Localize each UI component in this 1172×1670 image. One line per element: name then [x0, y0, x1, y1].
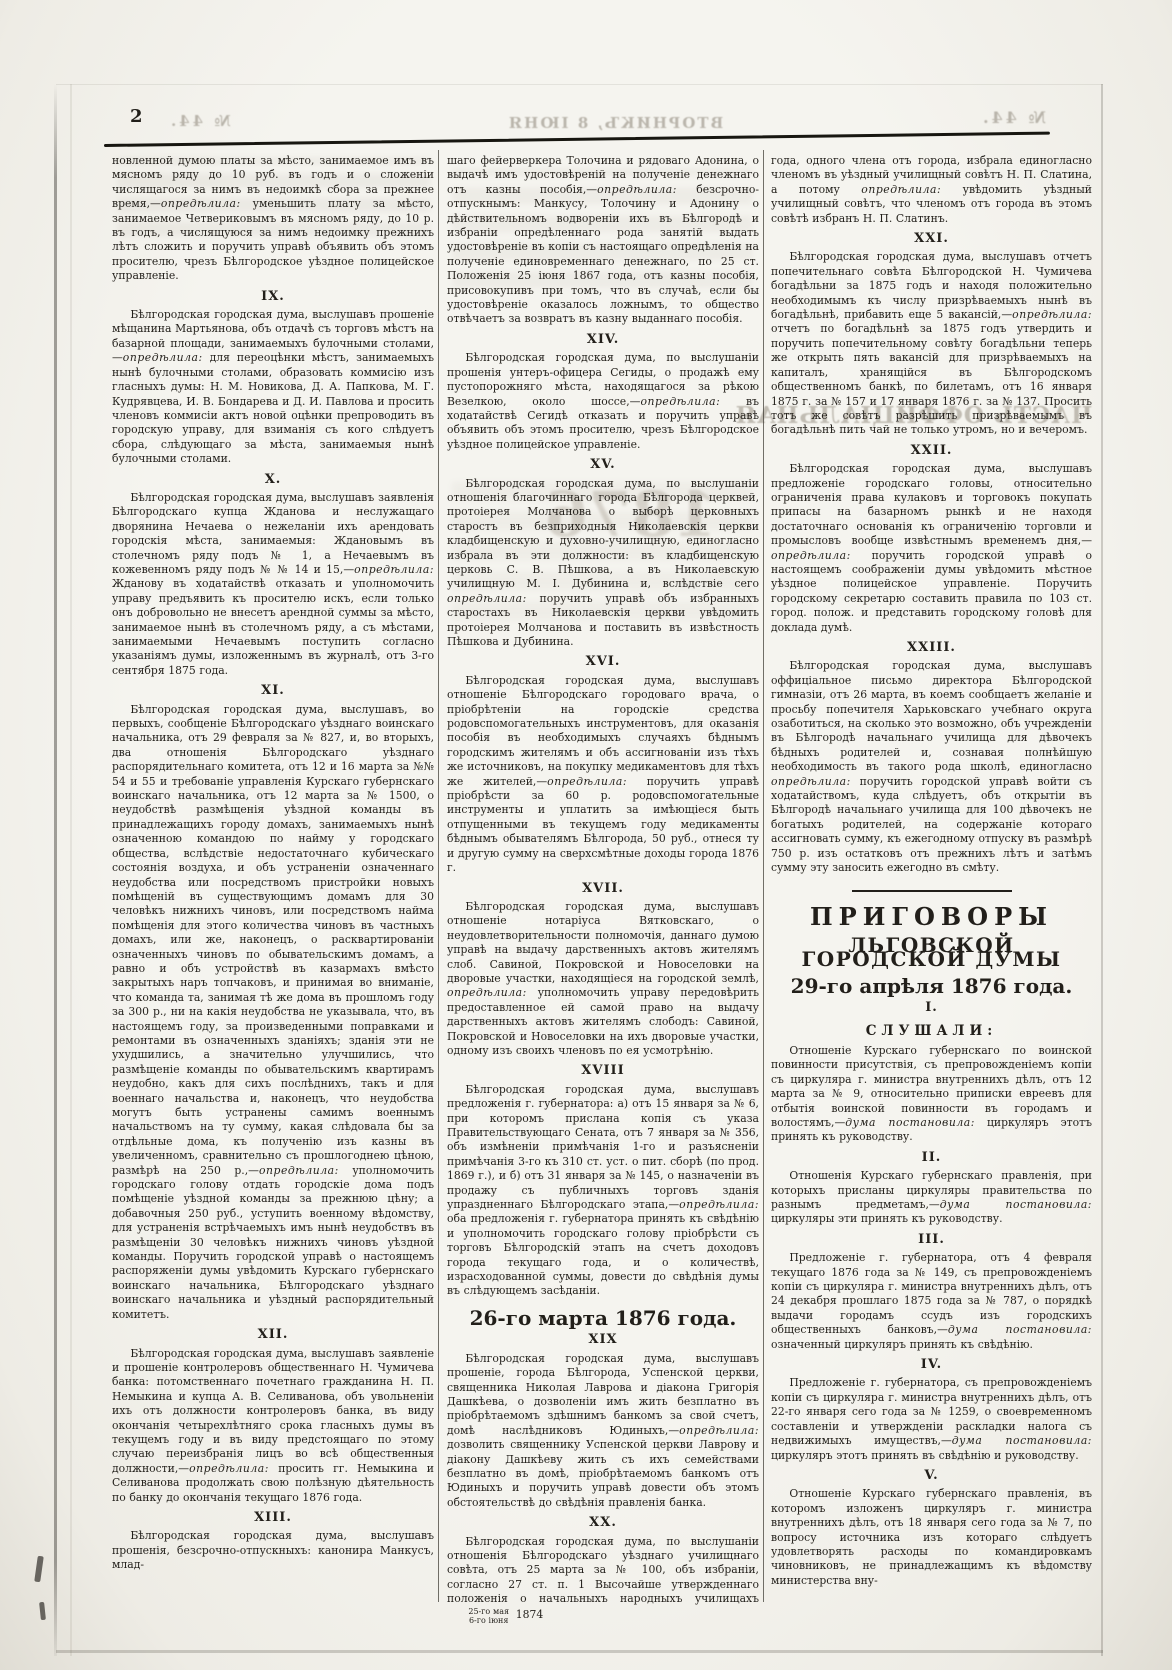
- scan-edge-right: [1101, 84, 1103, 1656]
- paragraph: Бѣлгородская городская дума, выслушавъ, …: [112, 703, 434, 1322]
- scan-edge-left: [54, 84, 57, 1656]
- paragraph: шаго фейерверкера Толочина и рядоваго Ад…: [447, 154, 759, 327]
- prigovory-title: ПРИГОВОРЫ: [771, 910, 1092, 924]
- scan-edge-top: [56, 84, 1103, 85]
- section-number: V.: [771, 1469, 1092, 1483]
- section-number: XIX: [447, 1333, 759, 1347]
- section-number: XIV.: [447, 333, 759, 347]
- scan-artifact: [34, 1556, 44, 1583]
- section-number: XIII.: [112, 1511, 434, 1525]
- scan-edge-bottom: [56, 1650, 1103, 1653]
- bleedthrough-masthead-date: ВТОРНИКЪ, 8 ІЮНЯ: [487, 114, 743, 132]
- paragraph: Бѣлгородская городская дума, выслушавъ п…: [112, 308, 434, 466]
- column-divider-1: [438, 150, 439, 1602]
- section-number: XVIII: [447, 1064, 759, 1078]
- section-divider: [852, 890, 1012, 892]
- section-number: XXIII.: [771, 641, 1092, 655]
- paragraph: Бѣлгородская городская дума, по выслушан…: [447, 477, 759, 650]
- paragraph: Бѣлгородская городская дума, выслушавъ о…: [771, 659, 1092, 875]
- section-number: IV.: [771, 1358, 1092, 1372]
- page-number: 2: [130, 106, 143, 127]
- paragraph: Предложеніе г. губернатора, отъ 4 феврал…: [771, 1251, 1092, 1352]
- section-number: XV.: [447, 458, 759, 472]
- column-divider-2: [763, 150, 764, 1602]
- paragraph: Бѣлгородская городская дума, по выслушан…: [447, 1535, 759, 1625]
- paragraph: Бѣлгородская городская дума, выслушавъ о…: [771, 250, 1092, 437]
- section-number: II.: [771, 1151, 1092, 1165]
- paragraph: Бѣлгородская городская дума, выслушавъ п…: [447, 1352, 759, 1510]
- newspaper-page: 2 № 44. ВТОРНИКЪ, 8 ІЮНЯ № 44. ЧАСТЬ ОФФ…: [0, 0, 1172, 1670]
- paragraph: Бѣлгородская городская дума, выслушавъ п…: [771, 462, 1092, 635]
- section-number: XII.: [112, 1328, 434, 1342]
- scan-fold-line: [70, 84, 72, 1656]
- section-number: XVI.: [447, 655, 759, 669]
- paragraph: Бѣлгородская городская дума, выслушавъ з…: [112, 491, 434, 678]
- header-rule: [104, 132, 1050, 147]
- column-3: года, одного члена отъ города, избрала е…: [771, 154, 1092, 1646]
- paragraph: Отношеніе Курскаго губернскаго правленія…: [771, 1487, 1092, 1588]
- bleedthrough-issue-number-left: № 44.: [168, 112, 231, 130]
- date-fraction: 25-го мая6-го іюня: [450, 1607, 509, 1625]
- paragraph: Отношеніе Курскаго губернскаго по воинск…: [771, 1044, 1092, 1145]
- paragraph: Бѣлгородская городская дума, выслушавъ о…: [447, 900, 759, 1058]
- paragraph: года, одного члена отъ города, избрала е…: [771, 154, 1092, 226]
- bleedthrough-issue-number-right: № 44.: [980, 108, 1046, 127]
- column-1: новленной думою платы за мѣсто, занимаем…: [112, 154, 434, 1646]
- session-date-heading: 29-го апрѣля 1876 года.: [771, 979, 1092, 993]
- paragraph: Бѣлгородская городская дума, выслушавъ п…: [112, 1529, 434, 1572]
- section-number: I.: [771, 1001, 1092, 1015]
- paragraph: новленной думою платы за мѣсто, занимаем…: [112, 154, 434, 284]
- section-number: XXII.: [771, 444, 1092, 458]
- session-date-heading: 26-го марта 1876 года.: [447, 1311, 759, 1325]
- duma-title: ЛЬГОВСКОЙ ГОРОДСКОЙ ДУМЫ: [771, 938, 1092, 967]
- section-number: XVII.: [447, 882, 759, 896]
- scan-artifact: [39, 1602, 46, 1620]
- paragraph: Отношенія Курскаго губернскаго правленія…: [771, 1169, 1092, 1227]
- section-number: III.: [771, 1233, 1092, 1247]
- section-number: IX.: [112, 290, 434, 304]
- paragraph: Бѣлгородская городская дума, по выслушан…: [447, 351, 759, 452]
- slushali-heading: СЛУШАЛИ:: [771, 1024, 1092, 1038]
- section-number: XX.: [447, 1516, 759, 1530]
- section-number: XXI.: [771, 232, 1092, 246]
- paragraph: Бѣлгородская городская дума, выслушавъ п…: [447, 1083, 759, 1299]
- section-number: X.: [112, 473, 434, 487]
- column-2: шаго фейерверкера Толочина и рядоваго Ад…: [447, 154, 759, 1646]
- paragraph: Бѣлгородская городская дума, выслушавъ з…: [112, 1347, 434, 1505]
- section-number: XI.: [112, 684, 434, 698]
- paragraph: Бѣлгородская городская дума, выслушавъ о…: [447, 674, 759, 876]
- paragraph: Предложеніе г. губернатора, съ препровож…: [771, 1376, 1092, 1462]
